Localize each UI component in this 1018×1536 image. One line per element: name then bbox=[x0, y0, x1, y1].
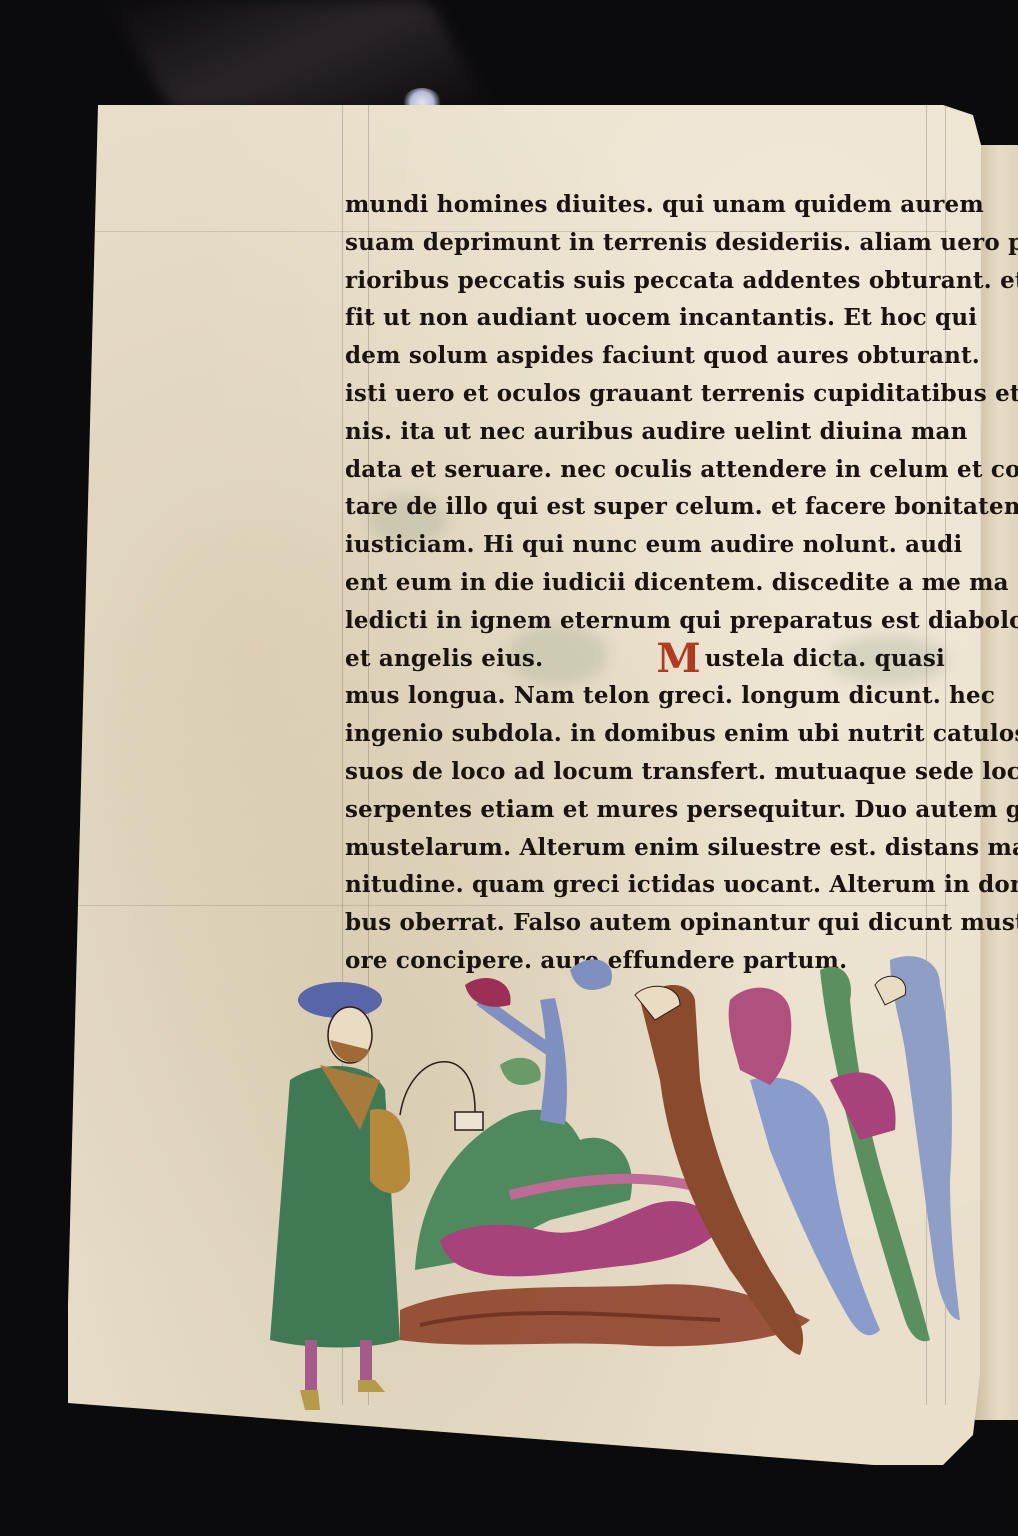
text-line: suam deprimunt in terrenis desideriis. a… bbox=[345, 224, 945, 262]
pink-wing bbox=[830, 1072, 896, 1140]
text-column: mundi homines diuites. qui unam quidem a… bbox=[345, 186, 945, 980]
text-line: dem solum aspides faciunt quod aures obt… bbox=[345, 337, 945, 375]
text-line: ingenio subdola. in domibus enim ubi nut… bbox=[345, 715, 945, 753]
blossom bbox=[570, 959, 612, 990]
text-line: mundi homines diuites. qui unam quidem a… bbox=[345, 186, 945, 224]
text-line-with-initial: et angelis eius. Mustela dicta. quasi bbox=[345, 640, 945, 678]
blossom bbox=[500, 1058, 541, 1085]
bestiary-illustration bbox=[250, 940, 990, 1420]
text-line: mus longua. Nam telon greci. longum dicu… bbox=[345, 677, 945, 715]
man-foot bbox=[358, 1380, 385, 1392]
text-line: isti uero et oculos grauant terrenis cup… bbox=[345, 375, 945, 413]
chapter-end-text: et angelis eius. bbox=[345, 640, 543, 678]
man-leg bbox=[305, 1340, 317, 1390]
cloth bbox=[370, 1109, 410, 1193]
text-line: fit ut non audiant uocem incantantis. Et… bbox=[345, 299, 945, 337]
text-line: suos de loco ad locum transfert. mutuaqu… bbox=[345, 753, 945, 791]
man-robe bbox=[270, 1066, 400, 1347]
text-line: rioribus peccatis suis peccata addentes … bbox=[345, 262, 945, 300]
rubricated-initial: M bbox=[656, 640, 700, 678]
chapter-start-text: ustela dicta. quasi bbox=[705, 645, 945, 672]
man-leg bbox=[360, 1340, 372, 1380]
text-line: nis. ita ut nec auribus audire uelint di… bbox=[345, 413, 945, 451]
man-foot bbox=[300, 1390, 320, 1410]
pink-head bbox=[729, 988, 792, 1085]
blue-tree-branch bbox=[480, 1000, 550, 1050]
blue-tree-trunk bbox=[540, 998, 567, 1125]
chapter-start: Mustela dicta. quasi bbox=[656, 640, 945, 678]
text-line: ent eum in die iudicii dicentem. discedi… bbox=[345, 564, 945, 602]
text-line: ledicti in ignem eternum qui preparatus … bbox=[345, 602, 945, 640]
text-line: iusticiam. Hi qui nunc eum audire nolunt… bbox=[345, 526, 945, 564]
text-line: serpentes etiam et mures persequitur. Du… bbox=[345, 791, 945, 829]
speech-scroll-end bbox=[455, 1112, 483, 1130]
blossom bbox=[465, 978, 511, 1007]
text-line: bus oberrat. Falso autem opinantur qui d… bbox=[345, 904, 945, 942]
text-line: data et seruare. nec oculis attendere in… bbox=[345, 451, 945, 489]
text-line: tare de illo qui est super celum. et fac… bbox=[345, 488, 945, 526]
text-line: mustelarum. Alterum enim siluestre est. … bbox=[345, 829, 945, 867]
text-line: nitudine. quam greci ictidas uocant. Alt… bbox=[345, 866, 945, 904]
